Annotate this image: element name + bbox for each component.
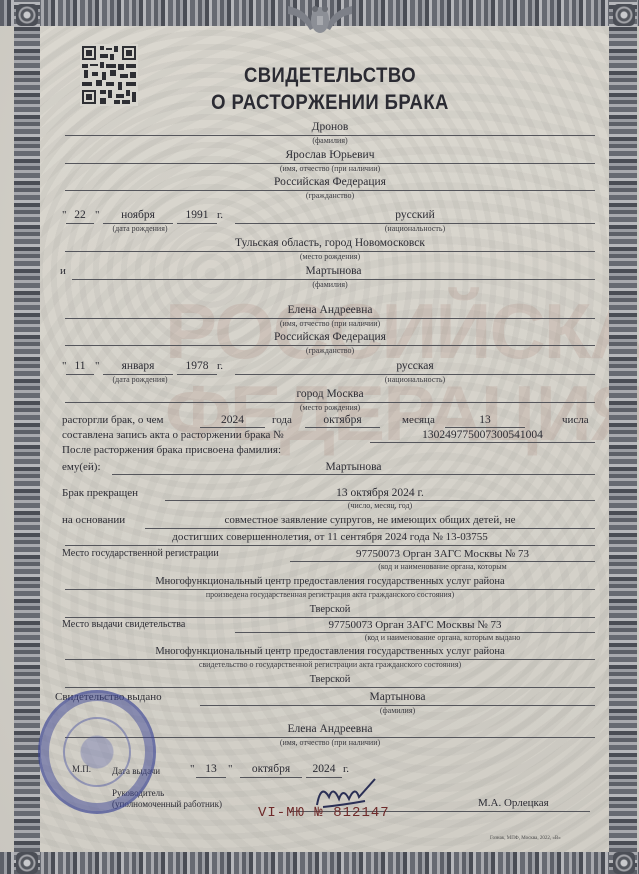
basis-line-1: совместное заявление супругов, не имеющи… (145, 513, 595, 527)
issue-authority: 97750073 Орган ЗАГС Москвы № 73 (235, 618, 595, 632)
record-label: составлена запись акта о расторжении бра… (62, 428, 284, 442)
border-corner-ornament-icon (613, 852, 635, 874)
caption-birth-date: (дата рождения) (100, 375, 180, 385)
underline (196, 777, 226, 778)
registration-center: Многофункциональный центр предоставления… (65, 575, 595, 589)
caption-date: (число, месяц, год) (165, 501, 595, 511)
underline (65, 687, 595, 688)
person1-birth-day: 22 (66, 208, 94, 222)
person1-nationality: русский (235, 208, 595, 222)
person1-birth-year: 1991 (177, 208, 217, 222)
certificate-page: РОССИЙСКАЯ ФЕДЕРАЦИЯ (0, 0, 639, 874)
border-corner-ornament-icon (16, 4, 38, 26)
official-seal-stamp (38, 690, 156, 814)
underline (66, 223, 94, 224)
caption-surname: (фамилия) (200, 706, 595, 716)
month-word: месяца (402, 413, 435, 427)
terminated-label: Брак прекращен (62, 486, 138, 500)
person2-birth-year: 1978 (177, 359, 217, 373)
underline (305, 427, 380, 428)
serial-number: 812147 (333, 805, 389, 821)
person1-citizenship: Российская Федерация (65, 175, 595, 189)
underline (240, 777, 302, 778)
conjunction-and: и (60, 264, 66, 278)
terminated-date: 13 октября 2024 г. (165, 486, 595, 500)
caption-authority: (код и наименование органа, которым (290, 562, 595, 572)
caption-surname: (фамилия) (65, 280, 595, 290)
basis-label: на основании (62, 513, 125, 527)
underline (65, 545, 595, 546)
coat-of-arms-icon (288, 0, 352, 40)
signatory-name: М.А. Орлецкая (478, 796, 549, 810)
issue-year: 2024 (306, 762, 342, 776)
caption-registration: произведена государственная регистрация … (65, 590, 595, 600)
ornamental-border-right (609, 0, 637, 874)
caption-nationality: (национальность) (340, 375, 490, 385)
title-line-1: СВИДЕТЕЛЬСТВО (180, 62, 479, 89)
caption-authority: (код и наименование органа, которым выда… (290, 633, 595, 643)
caption-issue: свидетельство о государственной регистра… (65, 660, 595, 670)
issue-label: Место выдачи свидетельства (62, 618, 185, 632)
underline (145, 528, 595, 529)
issue-district: Тверской (65, 673, 595, 687)
underline (177, 374, 217, 375)
year-suffix: г. (217, 208, 223, 222)
underline (66, 374, 94, 375)
underline (112, 474, 595, 475)
to-label: ему(ей): (62, 460, 101, 474)
issue-month: октября (240, 762, 302, 776)
person2-citizenship: Российская Федерация (65, 330, 595, 344)
border-corner-ornament-icon (16, 852, 38, 874)
caption-surname: (фамилия) (65, 136, 595, 146)
surname-after-label: После расторжения брака присвоена фамили… (62, 443, 281, 457)
caption-name: (имя, отчество (при наличии) (65, 164, 595, 174)
divorce-day: 13 (445, 413, 525, 427)
year-word: года (272, 413, 292, 427)
person2-surname: Мартынова (72, 264, 595, 278)
divorce-month: октября (305, 413, 380, 427)
serial-number-sign: № (314, 805, 323, 821)
caption-name: (имя, отчество (при наличии) (65, 319, 595, 329)
person1-surname: Дронов (65, 120, 595, 134)
person2-nationality: русская (235, 359, 595, 373)
underline (177, 223, 217, 224)
surname-after: Мартынова (112, 460, 595, 474)
person2-name: Елена Андреевна (65, 303, 595, 317)
caption-citizenship: (гражданство) (65, 346, 595, 356)
issue-day: 13 (196, 762, 226, 776)
caption-birthplace: (место рождения) (65, 403, 595, 413)
person1-birth-month: ноября (103, 208, 173, 222)
registration-district: Тверской (65, 603, 595, 617)
divorce-year: 2024 (200, 413, 265, 427)
issued-to-surname: Мартынова (200, 690, 595, 704)
caption-nationality: (национальность) (340, 224, 490, 234)
ornamental-border-bottom (0, 852, 639, 874)
border-corner-ornament-icon (613, 4, 635, 26)
registration-label: Место государственной регистрации (62, 547, 219, 561)
divorce-label: расторгли брак, о чем (62, 413, 163, 427)
record-number: 130249775007300541004 (370, 428, 595, 442)
serial-series: VI-МЮ (258, 805, 305, 821)
person2-birthplace: город Москва (65, 387, 595, 401)
ornamental-border-left (14, 0, 40, 874)
document-title: СВИДЕТЕЛЬСТВО О РАСТОРЖЕНИИ БРАКА (180, 62, 479, 116)
person1-name: Ярослав Юрьевич (65, 148, 595, 162)
year-suffix: г. (217, 359, 223, 373)
title-line-2: О РАСТОРЖЕНИИ БРАКА (180, 89, 479, 116)
issue-center: Многофункциональный центр предоставления… (65, 645, 595, 659)
qr-code-icon (80, 44, 138, 106)
caption-citizenship: (гражданство) (65, 191, 595, 201)
basis-line-2: достигших совершеннолетия, от 11 сентябр… (65, 530, 595, 544)
printer-imprint: Гознак, МПФ, Москва, 2022, «В» (490, 836, 561, 841)
person2-birth-month: января (103, 359, 173, 373)
person2-birth-day: 11 (66, 359, 94, 373)
person1-birthplace: Тульская область, город Новомосковск (65, 236, 595, 250)
caption-birthplace: (место рождения) (65, 252, 595, 262)
caption-birth-date: (дата рождения) (100, 224, 180, 234)
underline (370, 442, 595, 443)
seal-emblem-icon (63, 717, 131, 787)
year-suffix: г. (343, 762, 349, 776)
certificate-serial: VI-МЮ № 812147 (258, 805, 390, 821)
day-word: числа (562, 413, 589, 427)
registration-authority: 97750073 Орган ЗАГС Москвы № 73 (290, 547, 595, 561)
